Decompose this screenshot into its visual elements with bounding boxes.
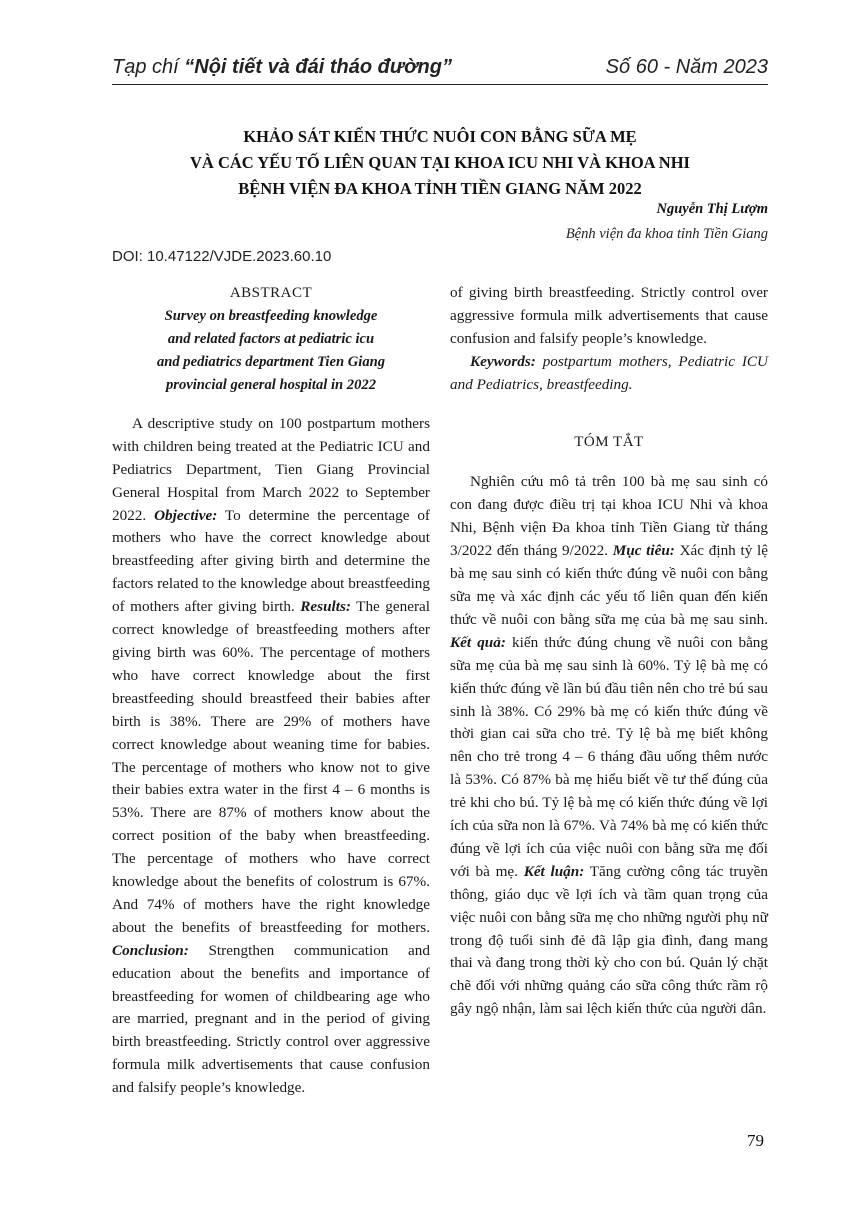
issue-number: Số 60 - Năm 2023 [606, 56, 768, 79]
title-line: BỆNH VIỆN ĐA KHOA TỈNH TIỀN GIANG NĂM 20… [112, 176, 768, 202]
title-line: VÀ CÁC YẾU TỐ LIÊN QUAN TẠI KHOA ICU NHI… [112, 150, 768, 176]
objective-label: Objective: [154, 507, 217, 524]
abstract-heading: ABSTRACT [112, 282, 430, 305]
results-label: Results: [300, 598, 351, 615]
keywords-label: Keywords: [470, 353, 536, 370]
conclusion-label: Conclusion: [112, 942, 189, 959]
muc-tieu-label: Mục tiêu: [613, 542, 675, 559]
author-name: Nguyễn Thị Lượm [656, 201, 768, 218]
author-affiliation: Bệnh viện đa khoa tỉnh Tiền Giang [566, 226, 768, 243]
abstract-body: A descriptive study on 100 postpartum mo… [112, 413, 430, 1100]
ket-luan-label: Kết luận: [524, 863, 585, 880]
keywords: Keywords: postpartum mothers, Pediatric … [450, 351, 768, 397]
running-head: Tạp chí “Nội tiết và đái tháo đường” Số … [112, 56, 768, 85]
english-title: Survey on breastfeeding knowledge and re… [112, 305, 430, 397]
journal-name: “Nội tiết và đái tháo đường” [184, 56, 452, 78]
journal-title: Tạp chí “Nội tiết và đái tháo đường” [112, 56, 452, 79]
article-title: KHẢO SÁT KIẾN THỨC NUÔI CON BẰNG SỮA MẸ … [112, 124, 768, 202]
tom-tat-heading: TÓM TẮT [450, 431, 768, 454]
doi-link[interactable]: DOI: 10.47122/VJDE.2023.60.10 [112, 248, 331, 265]
abstract-continuation-text: of giving birth breastfeeding. Strictly … [450, 282, 768, 351]
page-number: 79 [747, 1131, 764, 1151]
tom-tat-body: Nghiên cứu mô tả trên 100 bà mẹ sau sinh… [450, 471, 768, 1021]
right-column-flow: of giving birth breastfeeding. Strictly … [450, 282, 768, 1021]
title-line: KHẢO SÁT KIẾN THỨC NUÔI CON BẰNG SỮA MẸ [112, 124, 768, 150]
ket-qua-label: Kết quả: [450, 634, 506, 651]
left-column: ABSTRACT Survey on breastfeeding knowled… [112, 282, 430, 1110]
